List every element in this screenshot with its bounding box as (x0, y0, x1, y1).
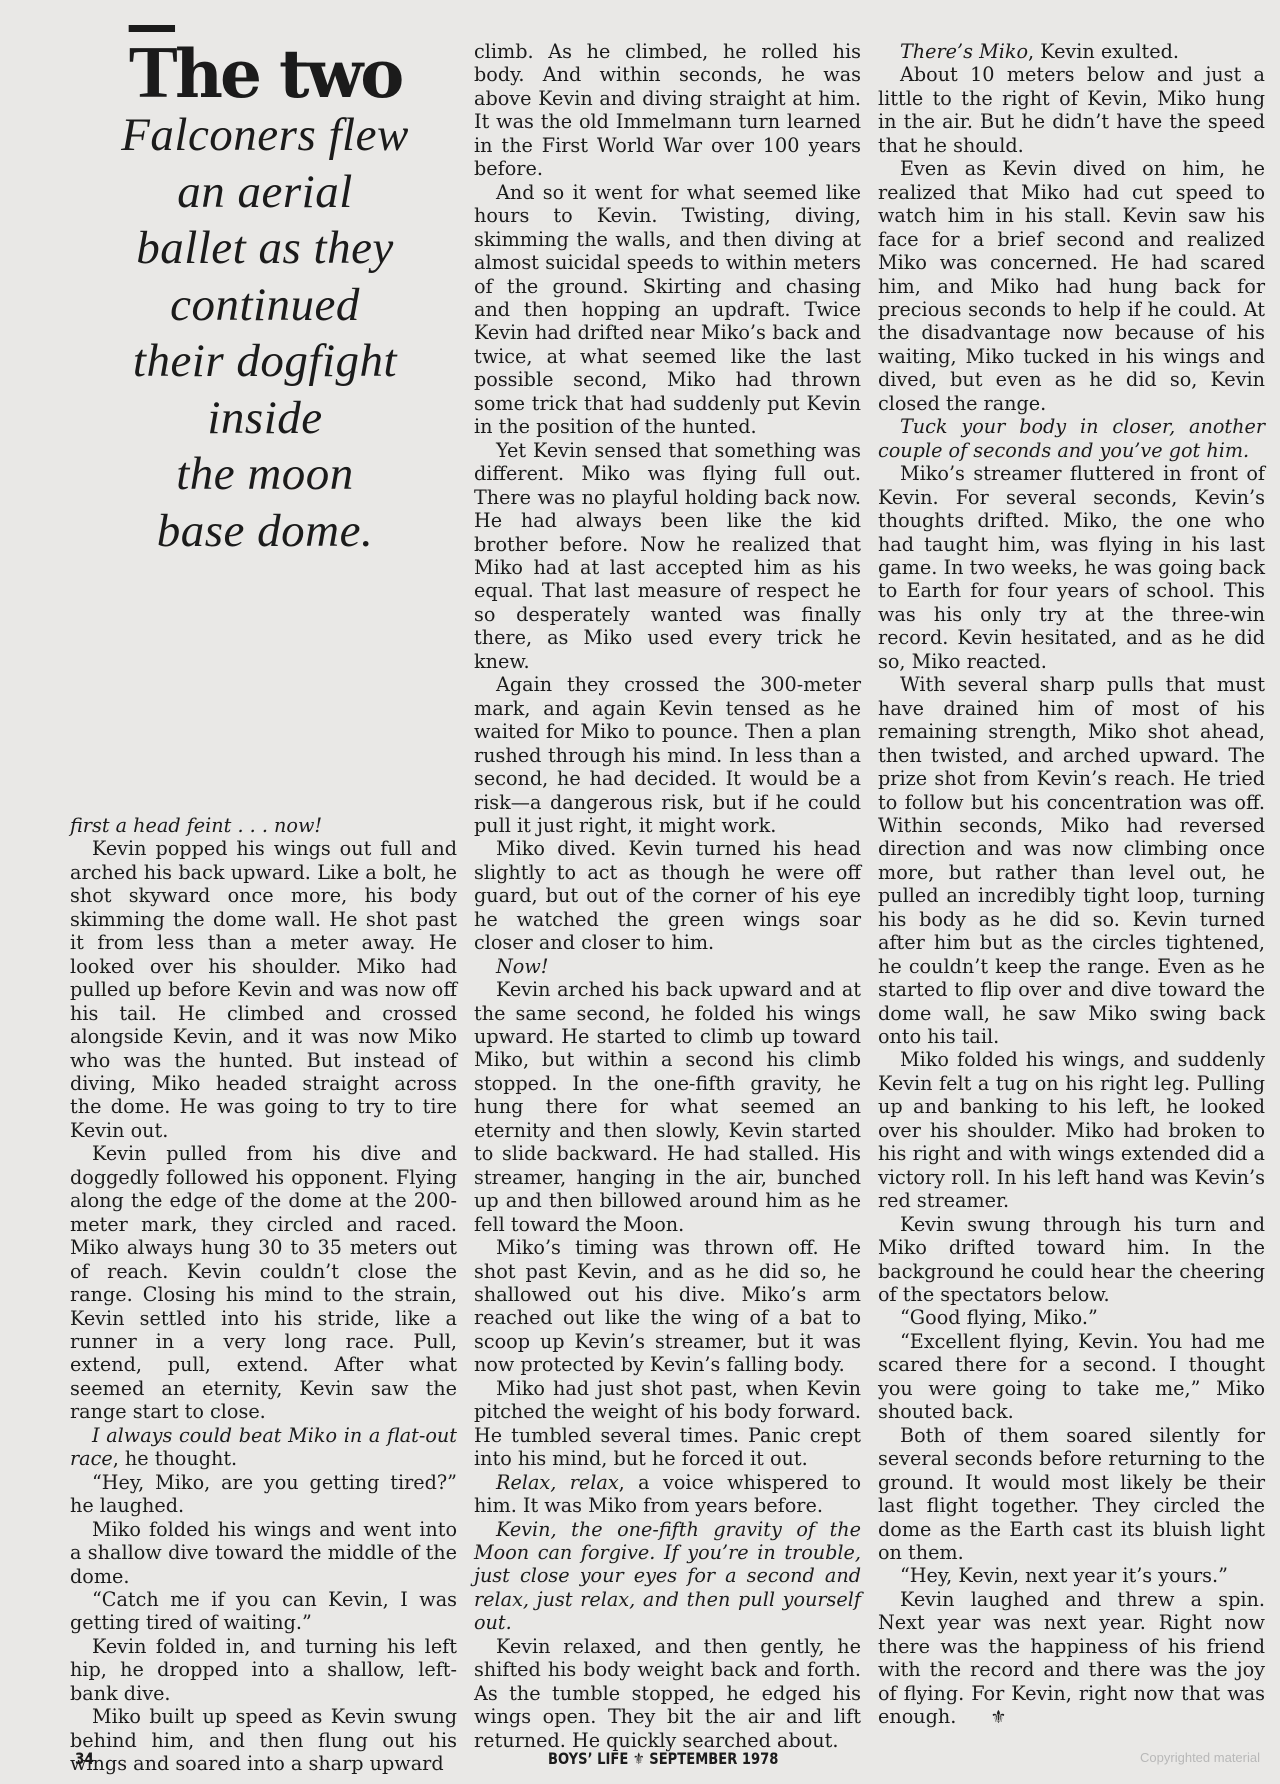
article-paragraph: Even as Kevin dived on him, he realized … (878, 157, 1265, 415)
italic-thought: first a head feint . . . now! (70, 814, 322, 837)
page-footer: 34 BOYS’ LIFE ⚜ SEPTEMBER 1978 Copyright… (0, 1749, 1280, 1773)
article-paragraph: Kevin laughed and threw a spin. Next yea… (878, 1588, 1265, 1730)
page-number: 34 (75, 1749, 94, 1768)
article-paragraph: Kevin popped his wings out full and arch… (70, 837, 457, 1142)
article-paragraph: Miko’s streamer fluttered in front of Ke… (878, 462, 1265, 673)
paragraph-text: Even as Kevin dived on him, he realized … (878, 157, 1265, 415)
article-paragraph: Relax, relax, a voice whispered to him. … (474, 1471, 861, 1518)
paragraph-text: Miko had just shot past, when Kevin pitc… (474, 1377, 861, 1470)
article-paragraph: Tuck your body in closer, another couple… (878, 415, 1265, 462)
italic-thought: Kevin, the one-fifth gravity of the Moon… (474, 1518, 861, 1635)
article-paragraph: Again they crossed the 300-meter mark, a… (474, 673, 861, 837)
pull-quote-headline: The two (70, 40, 460, 107)
italic-thought: Relax, relax (496, 1471, 619, 1494)
pull-quote-line: an aerial (70, 164, 460, 221)
article-column-2: climb. As he climbed, he rolled his body… (474, 40, 861, 1752)
paragraph-text: With several sharp pulls that must have … (878, 673, 1265, 1048)
paragraph-text: , he thought. (113, 1447, 237, 1470)
pull-quote-line: Falconers flew (70, 107, 460, 164)
italic-thought: There’s Miko (900, 40, 1028, 63)
paragraph-text: “Catch me if you can Kevin, I was gettin… (70, 1588, 457, 1634)
magazine-page: The two Falconers flew an aerial ballet … (0, 0, 1280, 1784)
article-paragraph: I always could beat Miko in a flat-out r… (70, 1424, 457, 1471)
article-paragraph: “Catch me if you can Kevin, I was gettin… (70, 1588, 457, 1635)
article-paragraph: There’s Miko, Kevin exulted. (878, 40, 1265, 63)
paragraph-text: climb. As he climbed, he rolled his body… (474, 40, 861, 180)
article-paragraph: Miko had just shot past, when Kevin pitc… (474, 1377, 861, 1471)
article-paragraph: Miko folded his wings and went into a sh… (70, 1518, 457, 1588)
article-paragraph: Kevin folded in, and turning his left hi… (70, 1635, 457, 1705)
paragraph-text: “Hey, Kevin, next year it’s yours.” (900, 1564, 1228, 1587)
article-paragraph: About 10 meters below and just a little … (878, 63, 1265, 157)
paragraph-text: And so it went for what seemed like hour… (474, 181, 861, 439)
copyright-notice: Copyrighted material (1140, 1750, 1260, 1765)
paragraph-text: Miko folded his wings and went into a sh… (70, 1518, 457, 1588)
article-paragraph: Kevin arched his back upward and at the … (474, 978, 861, 1236)
paragraph-text: Miko’s timing was thrown off. He shot pa… (474, 1236, 861, 1376)
paragraph-text: About 10 meters below and just a little … (878, 63, 1265, 156)
article-paragraph: first a head feint . . . now! (70, 814, 457, 837)
pull-quote-line: inside (70, 390, 460, 447)
paragraph-text: , Kevin exulted. (1028, 40, 1179, 63)
article-paragraph: “Excellent flying, Kevin. You had me sca… (878, 1330, 1265, 1424)
article-paragraph: Kevin, the one-fifth gravity of the Moon… (474, 1518, 861, 1635)
pull-quote-line: the moon (70, 446, 460, 503)
paragraph-text: “Hey, Miko, are you getting tired?” he l… (70, 1471, 457, 1517)
article-column-3: There’s Miko, Kevin exulted.About 10 met… (878, 40, 1265, 1730)
paragraph-text: Kevin relaxed, and then gently, he shift… (474, 1635, 861, 1752)
paragraph-text: Kevin popped his wings out full and arch… (70, 837, 457, 1141)
paragraph-text: “Excellent flying, Kevin. You had me sca… (878, 1330, 1265, 1423)
paragraph-text: Miko’s streamer fluttered in front of Ke… (878, 462, 1265, 673)
article-column-1: first a head feint . . . now!Kevin poppe… (70, 814, 457, 1776)
paragraph-text: Kevin pulled from his dive and doggedly … (70, 1142, 457, 1423)
article-paragraph: “Hey, Miko, are you getting tired?” he l… (70, 1471, 457, 1518)
fleur-de-lis-end-mark-icon: ⚜ (968, 1706, 1006, 1729)
paragraph-text: Kevin swung through his turn and Miko dr… (878, 1213, 1265, 1306)
paragraph-text: Miko folded his wings, and suddenly Kevi… (878, 1048, 1265, 1212)
paragraph-text: Miko dived. Kevin turned his head slight… (474, 837, 861, 954)
article-paragraph: climb. As he climbed, he rolled his body… (474, 40, 861, 181)
paragraph-text: Again they crossed the 300-meter mark, a… (474, 673, 861, 837)
paragraph-text: “Good flying, Miko.” (900, 1306, 1098, 1329)
article-paragraph: Miko’s timing was thrown off. He shot pa… (474, 1236, 861, 1377)
paragraph-text: Kevin laughed and threw a spin. Next yea… (878, 1588, 1265, 1728)
pull-quote-line: their dogfight (70, 333, 460, 390)
pull-quote-line: base dome. (70, 503, 460, 560)
italic-thought: Now! (496, 955, 548, 978)
pull-quote: The two Falconers flew an aerial ballet … (70, 40, 460, 559)
article-paragraph: And so it went for what seemed like hour… (474, 181, 861, 439)
paragraph-text: Yet Kevin sensed that something was diff… (474, 439, 861, 673)
italic-thought: Tuck your body in closer, another couple… (878, 415, 1265, 461)
magazine-masthead: BOYS’ LIFE ⚜ SEPTEMBER 1978 (548, 1749, 778, 1768)
article-paragraph: Kevin pulled from his dive and doggedly … (70, 1142, 457, 1423)
article-paragraph: Miko folded his wings, and suddenly Kevi… (878, 1048, 1265, 1212)
article-paragraph: With several sharp pulls that must have … (878, 673, 1265, 1048)
paragraph-text: Both of them soared silently for several… (878, 1424, 1265, 1564)
pull-quote-line: continued (70, 277, 460, 334)
article-paragraph: Kevin relaxed, and then gently, he shift… (474, 1635, 861, 1752)
article-paragraph: “Hey, Kevin, next year it’s yours.” (878, 1564, 1265, 1587)
article-paragraph: Miko dived. Kevin turned his head slight… (474, 837, 861, 954)
paragraph-text: Kevin folded in, and turning his left hi… (70, 1635, 457, 1705)
paragraph-text: Kevin arched his back upward and at the … (474, 978, 861, 1236)
article-paragraph: Kevin swung through his turn and Miko dr… (878, 1213, 1265, 1307)
article-paragraph: Now! (474, 955, 861, 978)
headline-text: he two (175, 35, 401, 113)
pull-quote-line: ballet as they (70, 220, 460, 277)
article-paragraph: “Good flying, Miko.” (878, 1306, 1265, 1329)
blackletter-dropcap: T (129, 32, 175, 114)
article-paragraph: Yet Kevin sensed that something was diff… (474, 439, 861, 674)
article-paragraph: Both of them soared silently for several… (878, 1424, 1265, 1565)
